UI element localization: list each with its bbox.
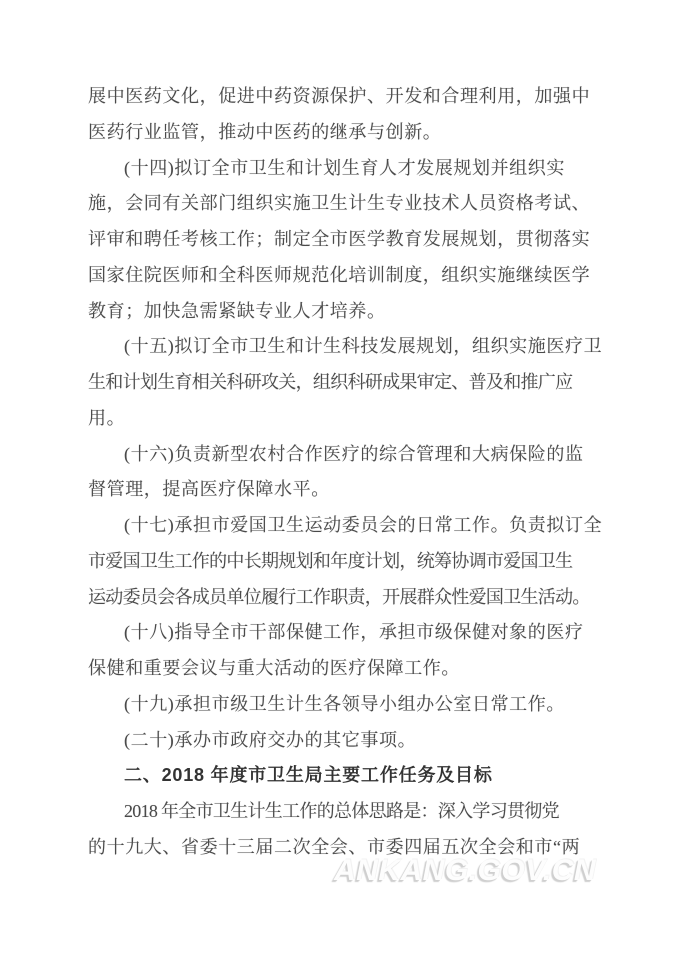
text-line: (十五)拟订全市卫生和计生科技发展规划，组织实施医疗卫 [88, 329, 608, 365]
text-line: 保健和重要会议与重大活动的医疗保障工作。 [88, 651, 608, 687]
text-line: 用。 [88, 401, 608, 437]
text-line: 运动委员会各成员单位履行工作职责，开展群众性爱国卫生活动。 [88, 580, 608, 616]
text-line: 施，会同有关部门组织实施卫生计生专业技术人员资格考试、 [88, 186, 608, 222]
text-line: 督管理，提高医疗保障水平。 [88, 472, 608, 508]
section-heading: 二、2018 年度市卫生局主要工作任务及目标 [88, 758, 608, 794]
text-line: 展中医药文化，促进中药资源保护、开发和合理利用，加强中 [88, 79, 608, 115]
text-line: (二十)承办市政府交办的其它事项。 [88, 723, 608, 759]
document-text: 展中医药文化，促进中药资源保护、开发和合理利用，加强中医药行业监管，推动中医药的… [88, 79, 608, 866]
text-line: 市爱国卫生工作的中长期规划和年度计划，统筹协调市爱国卫生 [88, 544, 608, 580]
text-line: (十四)拟订全市卫生和计划生育人才发展规划并组织实 [88, 151, 608, 187]
text-line: 医药行业监管，推动中医药的继承与创新。 [88, 115, 608, 151]
watermark-ankang-gov-cn: ANKANG.GOV.CN [334, 853, 596, 889]
text-line: 评审和聘任考核工作；制定全市医学教育发展规划，贯彻落实 [88, 222, 608, 258]
text-line: (十七)承担市爱国卫生运动委员会的日常工作。负责拟订全 [88, 508, 608, 544]
text-line: (十八)指导全市干部保健工作，承担市级保健对象的医疗 [88, 615, 608, 651]
text-line: 国家住院医师和全科医师规范化培训制度，组织实施继续医学 [88, 258, 608, 294]
text-line: 教育；加快急需紧缺专业人才培养。 [88, 294, 608, 330]
text-line: 生和计划生育相关科研攻关，组织科研成果审定、普及和推广应 [88, 365, 608, 401]
text-line: 2018 年全市卫生计生工作的总体思路是：深入学习贯彻党 [88, 794, 608, 830]
document-page: 展中医药文化，促进中药资源保护、开发和合理利用，加强中医药行业监管，推动中医药的… [0, 0, 680, 962]
text-line: (十六)负责新型农村合作医疗的综合管理和大病保险的监 [88, 437, 608, 473]
text-line: (十九)承担市级卫生计生各领导小组办公室日常工作。 [88, 687, 608, 723]
